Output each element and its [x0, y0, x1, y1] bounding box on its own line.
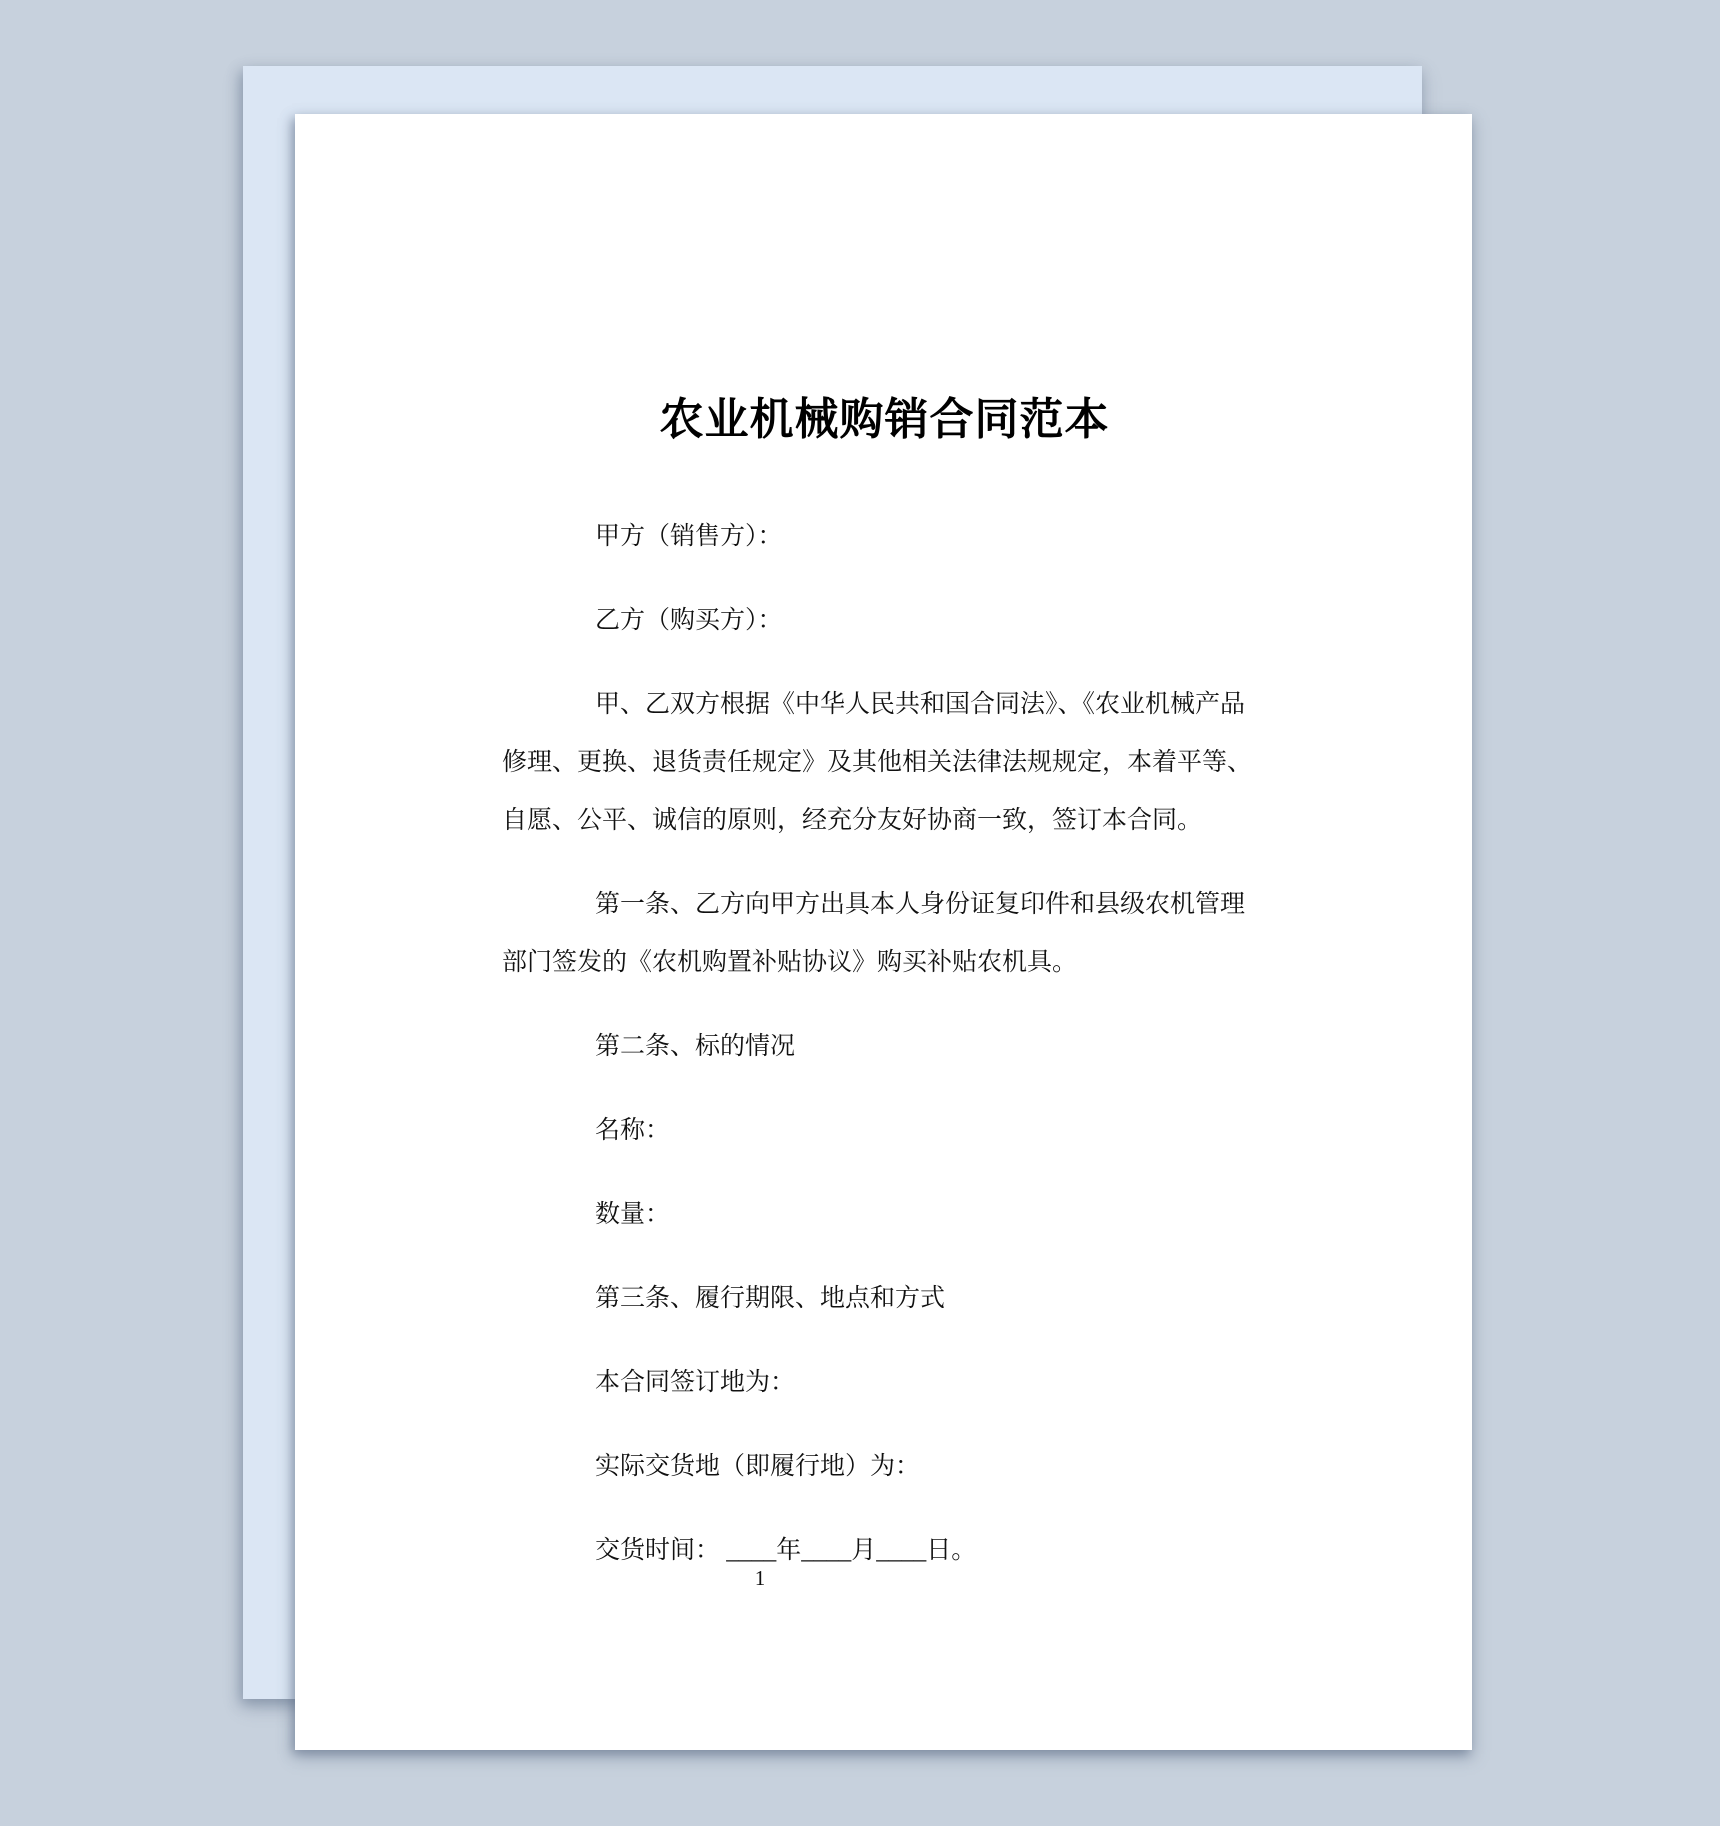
- document-content: 农业机械购销合同范本 甲方（销售方）： 乙方（购买方）： 甲、乙双方根据《中华人…: [502, 114, 1255, 1606]
- paragraph-name-field: 名称：: [502, 1102, 1255, 1160]
- paragraph-delivery-time: 交货时间： ____年____月____日。: [502, 1522, 1255, 1580]
- document-title: 农业机械购销合同范本: [514, 397, 1255, 443]
- document-preview-canvas: 农业机械购销合同范本 甲方（销售方）： 乙方（购买方）： 甲、乙双方根据《中华人…: [0, 0, 1720, 1826]
- paragraph-delivery-place: 实际交货地（即履行地）为：: [502, 1438, 1255, 1496]
- paragraph-party-b: 乙方（购买方）：: [502, 592, 1255, 650]
- paragraph-party-a: 甲方（销售方）：: [502, 508, 1255, 566]
- paragraph-signing-place: 本合同签订地为：: [502, 1354, 1255, 1412]
- paragraph-clause-1: 第一条、乙方向甲方出具本人身份证复印件和县级农机管理 部门签发的《农机购置补贴协…: [502, 876, 1255, 992]
- page-number: 1: [725, 1566, 795, 1590]
- paragraph-quantity-field: 数量：: [502, 1186, 1255, 1244]
- paragraph-clause-3: 第三条、履行期限、地点和方式: [502, 1270, 1255, 1328]
- paragraph-clause-2: 第二条、标的情况: [502, 1018, 1255, 1076]
- paragraph-preamble: 甲、乙双方根据《中华人民共和国合同法》、《农业机械产品 修理、更换、退货责任规定…: [502, 676, 1255, 850]
- document-page: 农业机械购销合同范本 甲方（销售方）： 乙方（购买方）： 甲、乙双方根据《中华人…: [295, 114, 1472, 1750]
